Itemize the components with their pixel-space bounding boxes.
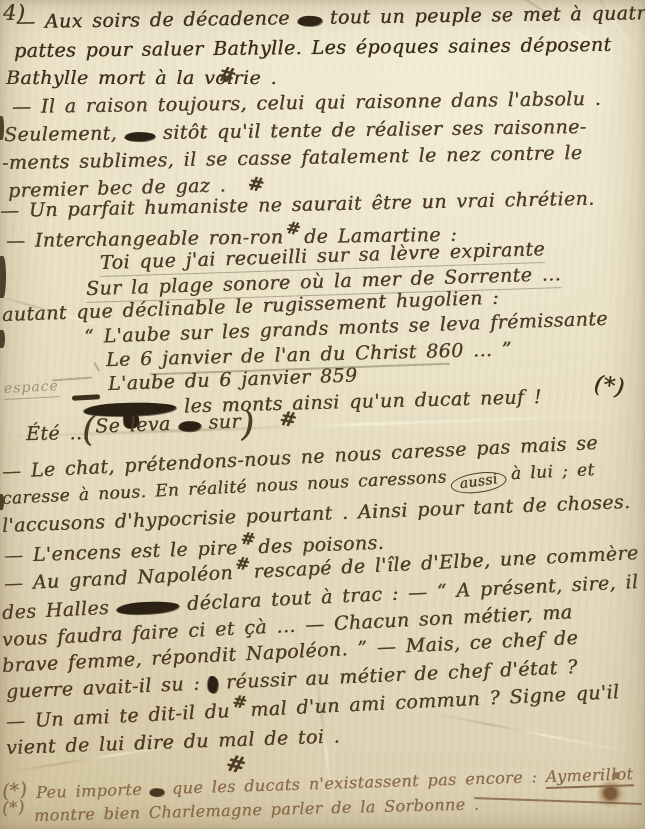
ink-blot [150,788,164,796]
circled-insertion: aussi [450,469,508,497]
footnote-ref-glyph: (*) [592,371,626,401]
line-text: des Halles [1,597,109,624]
scan-edge-mark [0,330,5,348]
proof-hash-mark: # [234,554,251,575]
manuscript-line: vient de lui dire du mal de toi . [6,726,341,759]
line-text: — Un ami te dit-il du [5,700,230,733]
pencil-tick [94,362,100,371]
manuscript-line: — Aux soirs de décadencetout un peuple s… [16,3,645,33]
margin-note: espace [4,379,60,397]
scan-edge-mark [0,256,6,298]
ink-blot [298,16,322,26]
ink-blot [125,132,155,141]
line-text: Seulement, [4,122,117,146]
ink-blot [117,600,180,615]
paper-crease [430,712,637,754]
manuscript-line: Été ... [26,423,89,445]
ink-blot [178,421,200,432]
line-text: à lui ; et [510,460,595,484]
proof-hash-mark: # [285,219,303,240]
proof-hash-mark: # [278,406,299,431]
line-text: sitôt qu'il tente de réaliser ses raison… [163,116,587,144]
line-text: Peu importe [36,780,143,802]
line-text: -ments sublimes, il se casse fatalement … [2,142,583,174]
proof-hash-mark: # [246,173,266,197]
line-text: Se leva [95,413,171,438]
line-text: — Aux soirs de décadence [16,7,290,33]
margin-note-text: espace [4,378,60,400]
proof-hash-mark: # [239,529,257,550]
manuscript-line: — Il a raison toujours, celui qui raison… [12,89,601,118]
line-text: sur [208,410,241,433]
footnote-name: Aymerillot [545,764,633,789]
manuscript-line: -ments sublimes, il se casse fatalement … [2,143,583,174]
footnote-reference: (*) [592,372,626,401]
line-text: tout un peuple se met à quatre [330,2,645,29]
line-text: — Il a raison toujours, celui qui raison… [12,88,601,118]
footnote-sign: (*) [1,798,25,818]
footnote-line: Peu importeque les ducats n'existassent … [36,765,634,801]
ink-blot [208,676,219,693]
line-text: des poisons. [258,532,385,558]
line-text: — Au grand Napoléon [3,562,233,595]
proof-hash-mark: # [231,693,248,714]
footnote-ref-glyph: (*) [1,797,25,819]
line-text: guerre avait-il su : [6,673,201,703]
brace-right: ) [240,404,255,444]
manuscript-line: Seulement,sitôt qu'il tente de réaliser … [4,117,587,146]
bracketed-correction: (Se levasur) # [81,405,297,450]
manuscript-line: pattes pour saluer Bathylle. Les époques… [14,35,612,62]
line-text: Été ... [26,422,89,445]
line-text: pattes pour saluer Bathylle. Les époques… [14,34,612,62]
manuscript-page: 4) — Aux soirs de décadencetout un peupl… [0,0,645,829]
